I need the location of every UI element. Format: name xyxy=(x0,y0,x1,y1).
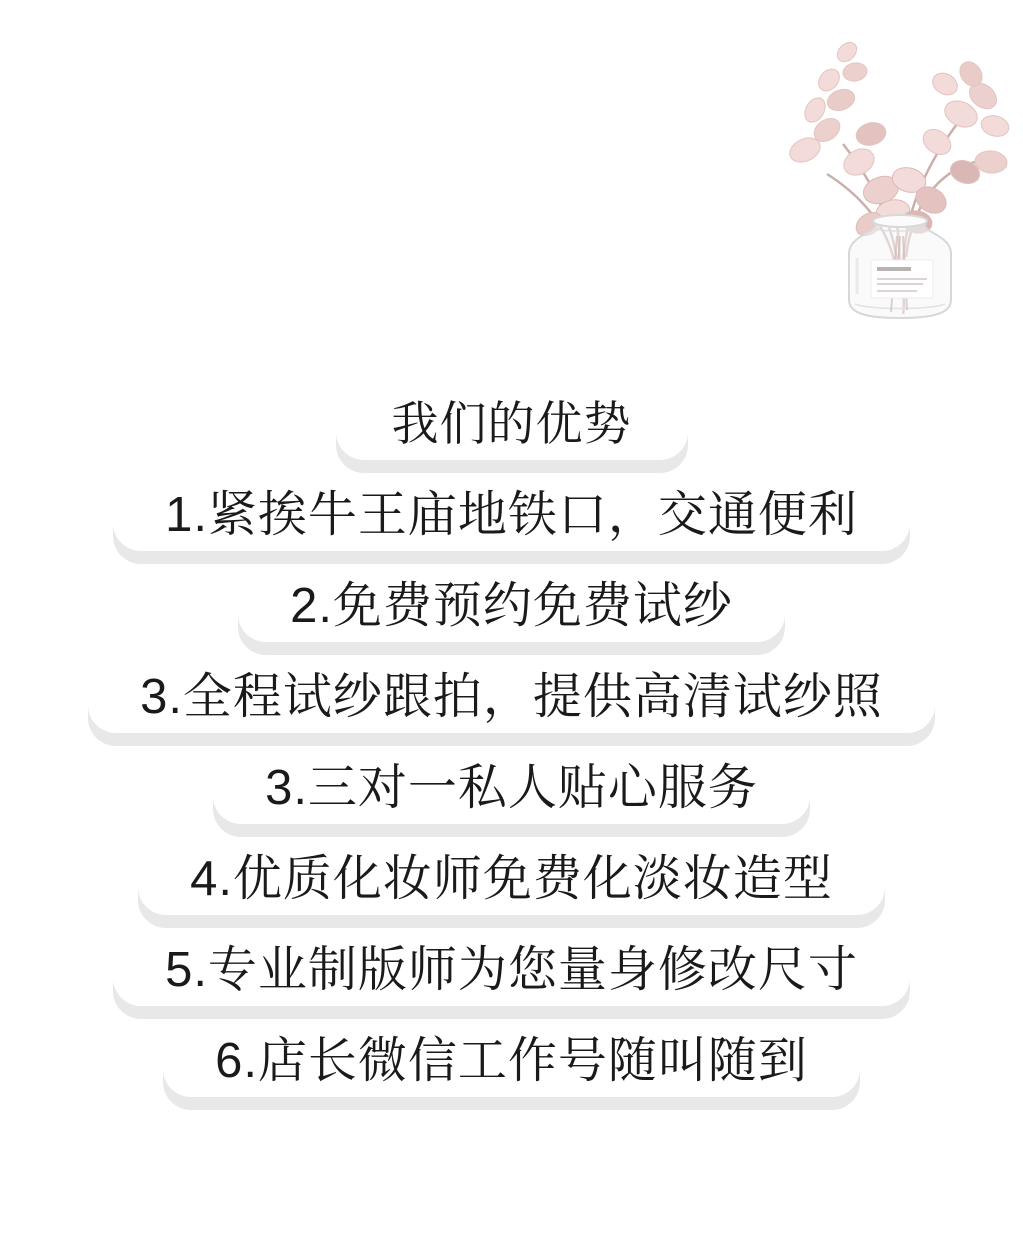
advantage-item-2: 2.免费预约免费试纱 xyxy=(238,570,785,642)
advantage-item-4: 3.三对一私人贴心服务 xyxy=(213,752,810,824)
advantage-item-1: 1.紧挨牛王庙地铁口，交通便利 xyxy=(113,479,910,551)
page-title: 我们的优势 xyxy=(336,388,688,460)
vase-label xyxy=(871,260,933,298)
advantage-item-5: 4.优质化妆师免费化淡妆造型 xyxy=(138,843,885,915)
advantages-poster: 我们的优势 1.紧挨牛王庙地铁口，交通便利 2.免费预约免费试纱 3.全程试纱跟… xyxy=(0,0,1023,1237)
advantages-list: 我们的优势 1.紧挨牛王庙地铁口，交通便利 2.免费预约免费试纱 3.全程试纱跟… xyxy=(0,388,1023,1097)
advantage-item-3: 3.全程试纱跟拍，提供高清试纱照 xyxy=(88,661,935,733)
advantage-item-6: 5.专业制版师为您量身修改尺寸 xyxy=(113,934,910,1006)
vase-flowers-illustration xyxy=(785,22,1015,327)
vase-flowers-icon xyxy=(785,22,1015,327)
advantage-item-7: 6.店长微信工作号随叫随到 xyxy=(163,1025,860,1097)
